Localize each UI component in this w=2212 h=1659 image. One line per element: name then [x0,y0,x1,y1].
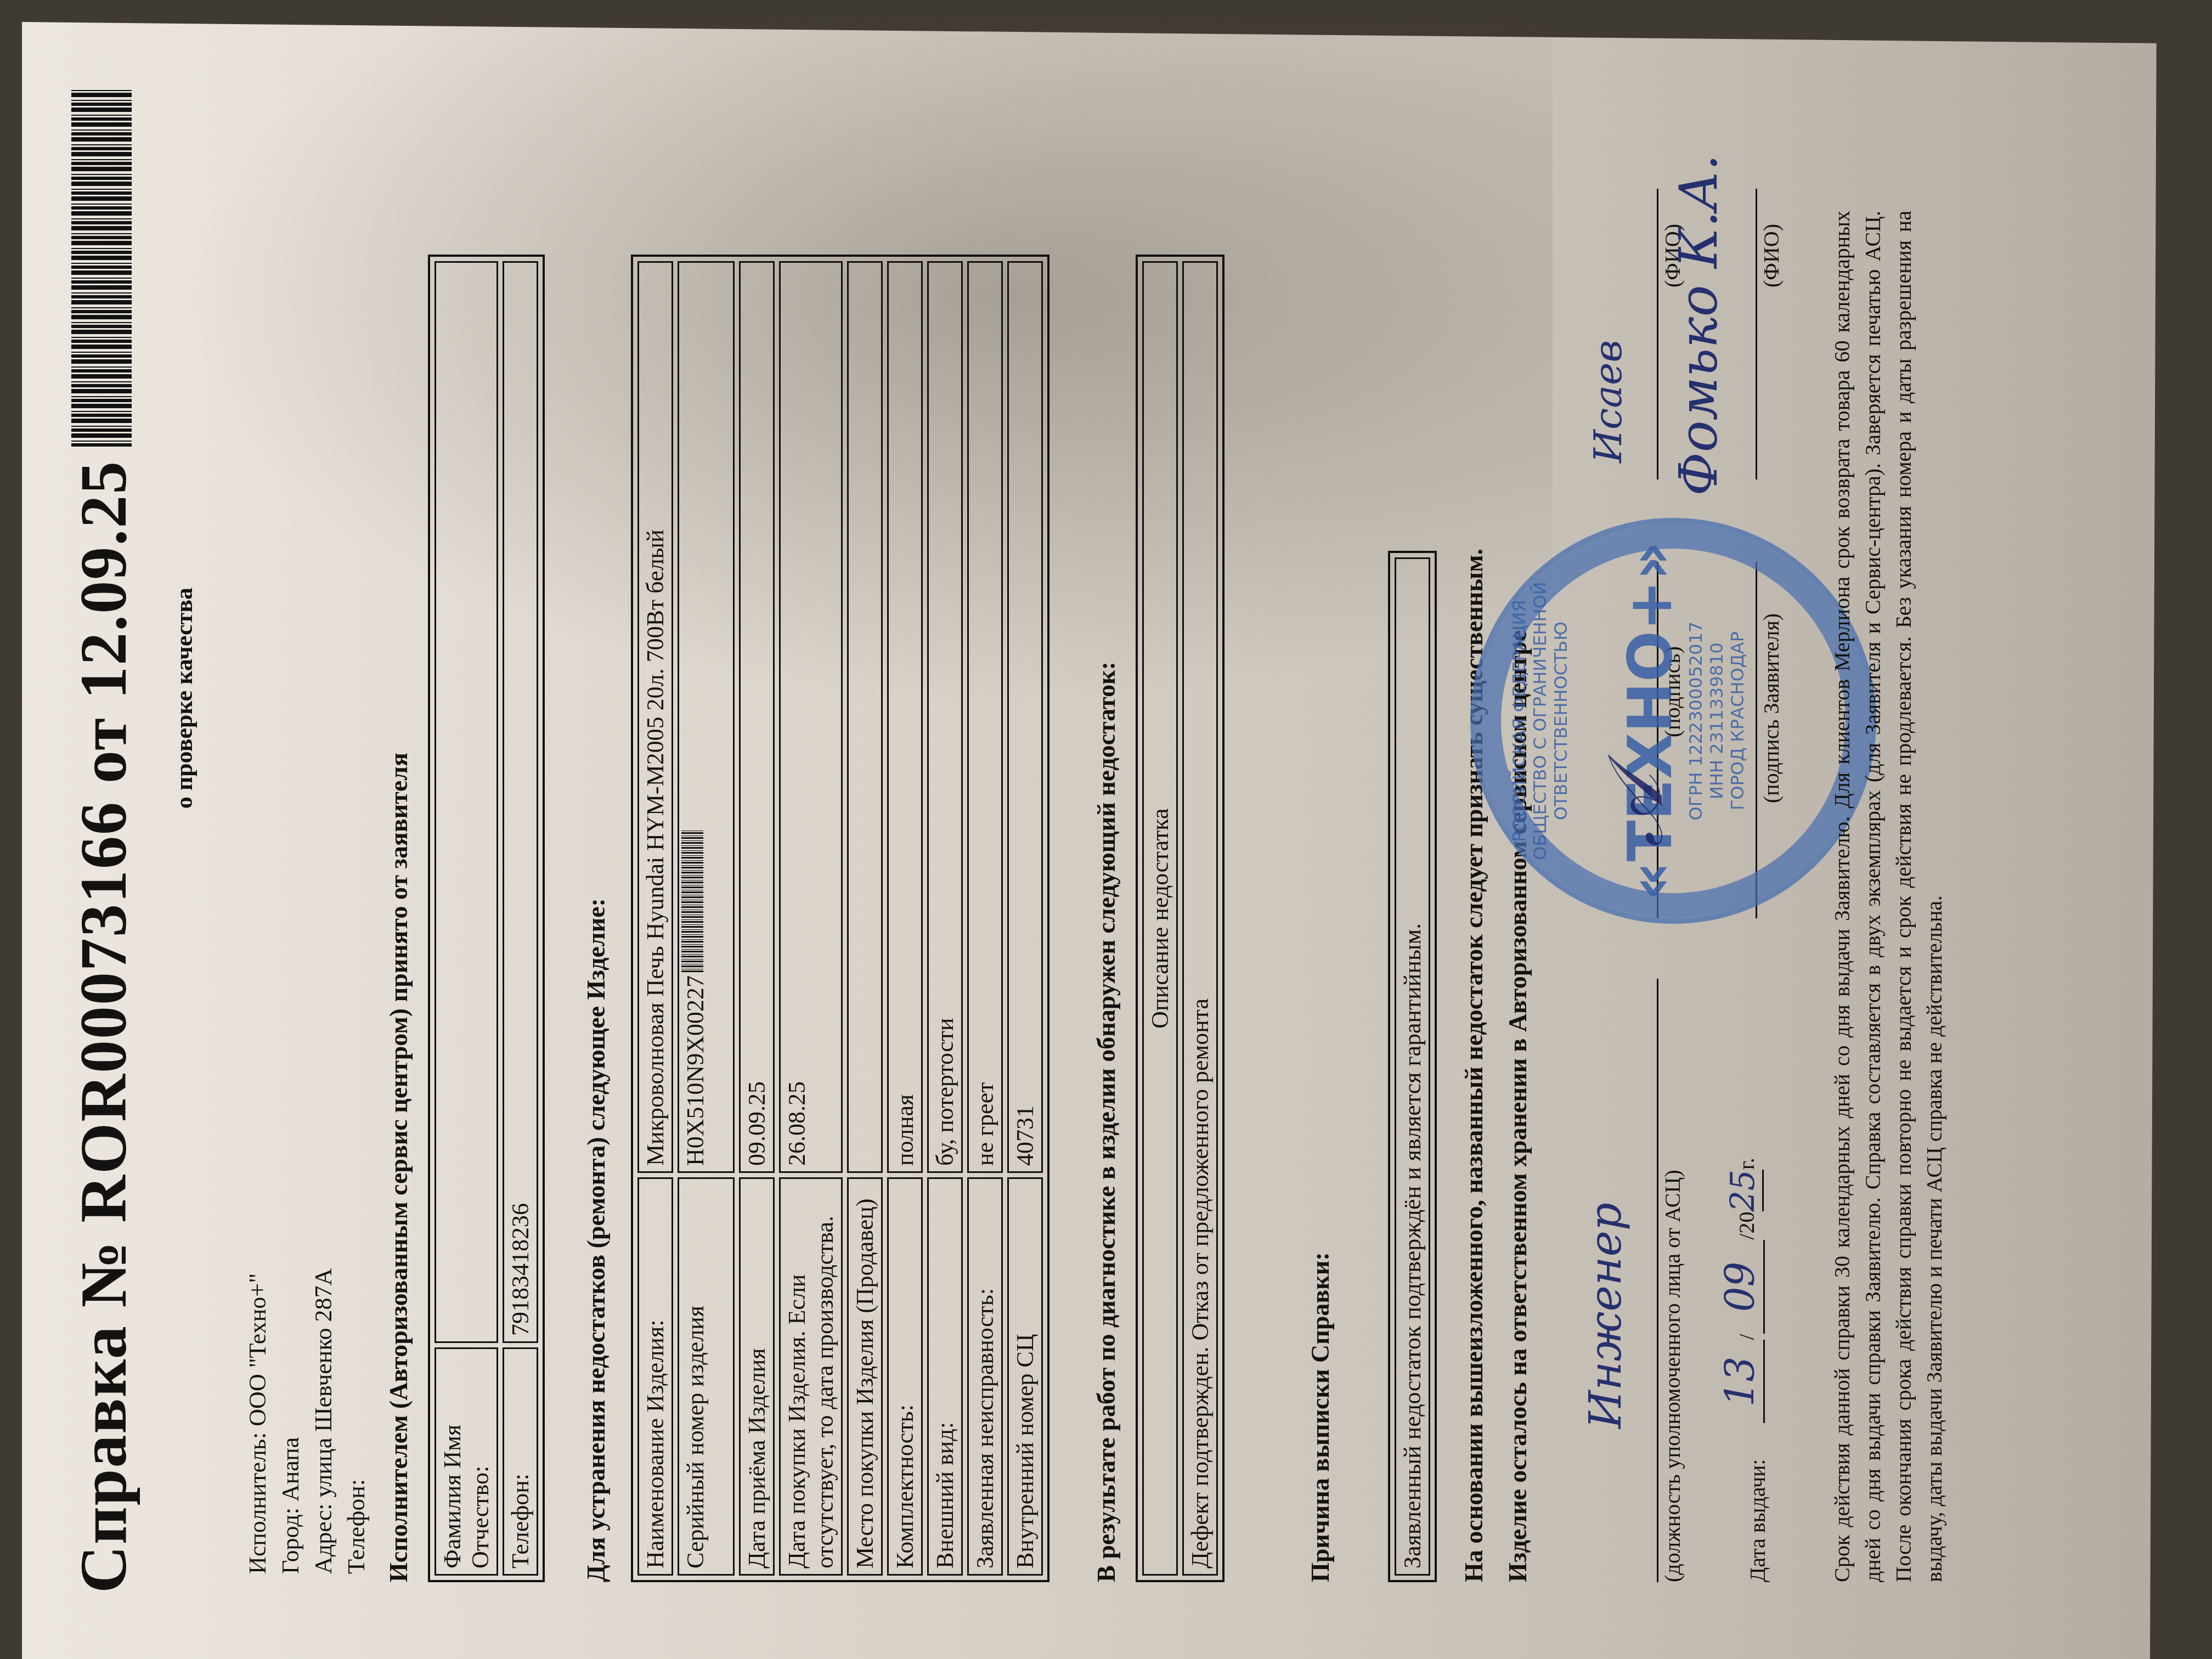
issue-date-label: Дата выдачи: [1745,1459,1770,1582]
position-caption: (должность уполномоченного лица от АСЦ) [1660,1170,1685,1582]
performer-city: Город: Анапа [274,1268,307,1574]
document-barcode [71,90,132,447]
table-row: Дата покупки Изделия. Если отсутствует, … [779,261,843,1576]
applicant-phone-value: 79183418236 [503,261,538,1343]
performer-company: Исполнитель: ООО "Техно+" [241,1268,274,1574]
issue-year-unit: г. [1734,1158,1759,1170]
defect-header: Описание недостатка [1142,261,1178,1576]
fio-line-2 [1734,189,1757,479]
diagnostics-heading: В результате работ по диагностике в изде… [1092,662,1121,1582]
applicant-name-value [435,261,498,1343]
reason-table: Заявленный недостаток подтверждён и явля… [1388,551,1437,1582]
table-row: Дата приёма Изделия09.09.25 [739,261,775,1576]
defect-table: Описание недостатка Дефект подтвержден. … [1136,255,1224,1582]
stamp-outer-text: РОССИЙСКАЯ ФЕДЕРАЦИЯ [1509,523,1530,918]
applicant-phone-label: Телефон: [503,1347,538,1576]
table-row: Дефект подтвержден. Отказ от предложенно… [1182,261,1218,1576]
document-subtitle: о проверке качества [170,588,198,809]
performer-phone: Телефон: [340,1268,373,1574]
cell-label: Место покупки Изделия (Продавец) [847,1177,883,1576]
stamp-ring-text: ОБЩЕСТВО С ОГРАНИЧЕННОЙ ОТВЕТСТВЕННОСТЬЮ [1530,523,1571,918]
table-row: Наименование Изделия:Микроволновая Печь … [637,261,673,1576]
company-stamp: РОССИЙСКАЯ ФЕДЕРАЦИЯ ОБЩЕСТВО С ОГРАНИЧЕ… [1470,518,1876,924]
performer-address: Адрес: улица Шевченко 287А [307,1268,340,1574]
fio-handwritten-2: Фомько К.А. [1668,154,1729,496]
cell-label: Дата приёма Изделия [739,1177,775,1576]
performer-info: Исполнитель: ООО "Техно+" Город: Анапа А… [241,1268,373,1574]
fine-print: Срок действия данной справки 30 календар… [1827,211,1950,1582]
issue-year-suffix: 25 [1724,1170,1764,1211]
stamp-city: ГОРОД КРАСНОДАР [1727,523,1748,918]
cell-label: Дата покупки Изделия. Если отсутствует, … [779,1177,843,1576]
product-table: Наименование Изделия:Микроволновая Печь … [631,255,1049,1582]
serial-barcode [681,830,703,972]
table-row: Место покупки Изделия (Продавец) [847,261,883,1576]
table-row: Комплектность:полная [887,261,923,1576]
applicant-name-label: Фамилия Имя Отчество: [435,1347,498,1576]
fio-handwritten-1: Исаев [1585,340,1630,463]
document-page: Справка № ROR00073166 от 12.09.25 о пров… [0,68,2074,1659]
table-row: Заявленный недостаток подтверждён и явля… [1395,557,1430,1576]
serial-number: H0X510N9X00227 [682,975,709,1166]
stamp-ogrn: ОГРН 1222300052017 [1685,523,1706,918]
issue-date: 13/09/2025г. [1717,1158,1763,1423]
table-row: Телефон: 79183418236 [503,261,538,1576]
cell-value: полная [887,261,923,1173]
cell-label: Комплектность: [887,1177,923,1576]
issue-year-prefix: 20 [1734,1212,1759,1234]
cell-value: 26.08.25 [779,261,843,1173]
stamp-signature-scribble: 𝒜 [1591,775,1681,847]
table-row: Внутренний номер СЦ40731 [1007,261,1043,1576]
cell-value: H0X510N9X00227 [678,261,735,1173]
issue-day: 13 [1717,1340,1765,1423]
applicant-heading: Исполнителем (Авторизованным сервис цент… [384,753,413,1582]
stamp-center: «ТЕХНО+» [1615,523,1685,918]
cell-value: не греет [967,261,1003,1173]
stamp-inn: ИНН 2311339810 [1706,523,1727,918]
cell-label: Серийный номер изделия [678,1177,735,1576]
cell-value [847,261,883,1173]
cell-value: 09.09.25 [739,261,775,1173]
document-title: Справка № ROR00073166 от 12.09.25 [66,460,142,1593]
table-row: Серийный номер изделияH0X510N9X00227 [678,261,735,1576]
table-row: Заявленная неисправность:не греет [967,261,1003,1576]
cell-label: Внешний вид: [927,1177,963,1576]
fio-line-1 [1635,189,1658,479]
cell-label: Заявленная неисправность: [967,1177,1003,1576]
defect-value: Дефект подтвержден. Отказ от предложенно… [1182,261,1218,1576]
position-handwritten: Инженер [1580,1203,1631,1429]
issue-month: 09 [1717,1240,1765,1334]
reason-value: Заявленный недостаток подтверждён и явля… [1395,557,1430,1576]
table-row: Фамилия Имя Отчество: [435,261,498,1576]
product-heading: Для устранения недостатков (ремонта) сле… [582,898,611,1582]
cell-label: Внутренний номер СЦ [1007,1177,1043,1576]
reason-heading: Причина выписки Справки: [1306,1252,1335,1582]
cell-value: Микроволновая Печь Hyundai HYM-M2005 20л… [637,261,673,1173]
cell-value: 40731 [1007,261,1043,1173]
position-line [1635,979,1658,1582]
cell-value: бу, потертости [927,261,963,1173]
table-row: Описание недостатка [1142,261,1178,1576]
cell-label: Наименование Изделия: [637,1177,673,1576]
applicant-table: Фамилия Имя Отчество: Телефон: 791834182… [428,255,545,1582]
table-row: Внешний вид:бу, потертости [927,261,963,1576]
fio-caption-2: (ФИО) [1758,224,1784,287]
